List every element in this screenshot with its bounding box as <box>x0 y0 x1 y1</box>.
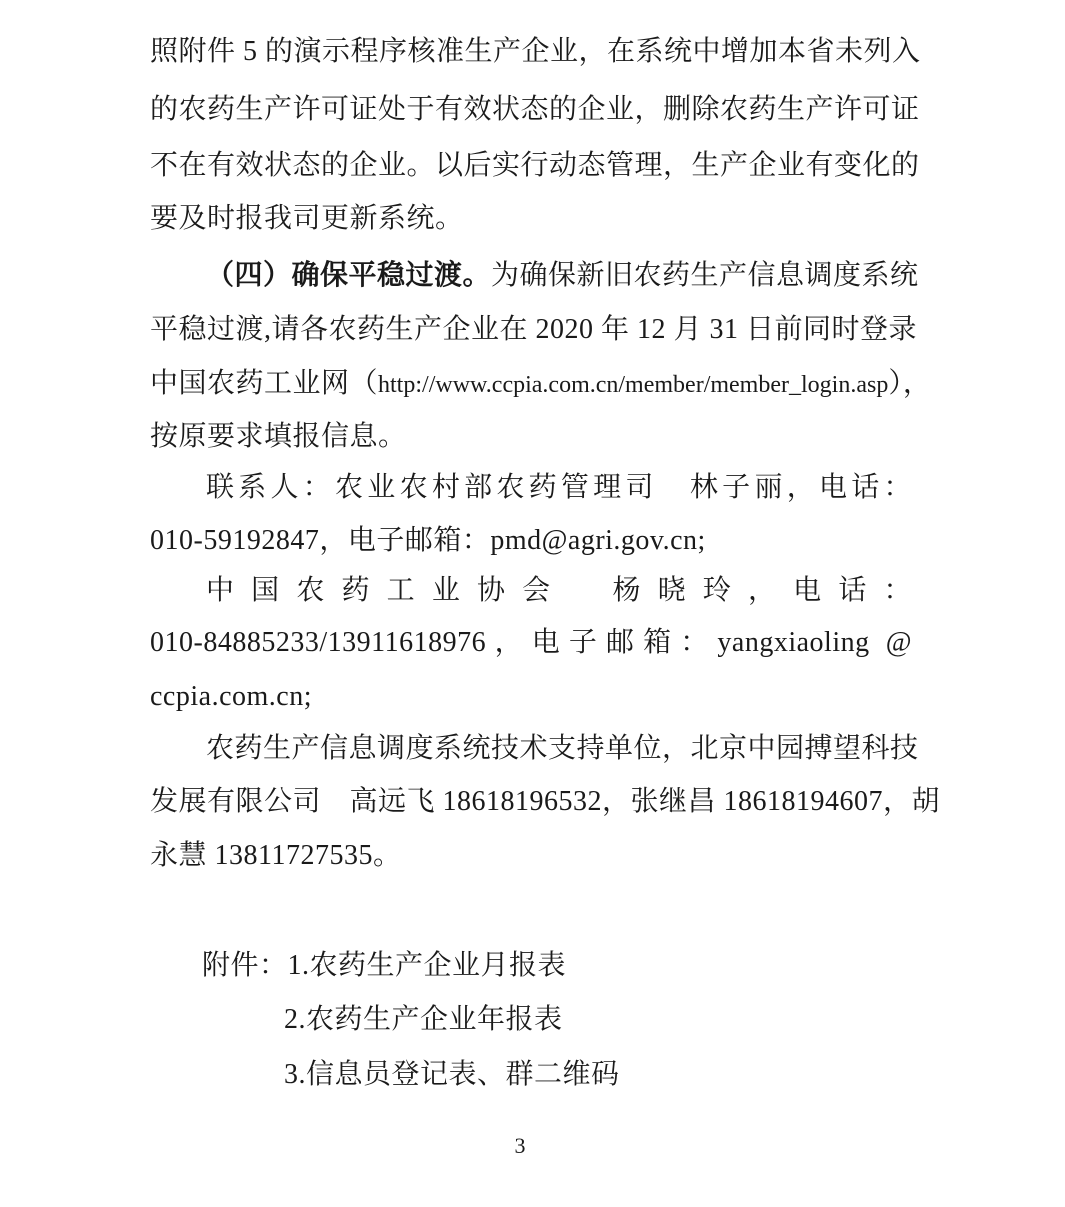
text-line: 发展有限公司 高远飞 18618196532，张继昌 18618194607，胡 <box>150 782 912 822</box>
section-heading: （四）确保平稳过渡。 <box>206 260 491 291</box>
attachment-item: 3.信息员登记表、群二维码 <box>150 1055 1046 1095</box>
text-line: ccpia.com.cn; <box>150 677 912 717</box>
text-line: （四）确保平稳过渡。为确保新旧农药生产信息调度系统 <box>150 256 912 296</box>
text-line: 010-84885233/13911618976，电子邮箱：yangxiaoli… <box>150 623 912 663</box>
text-line: 要及时报我司更新系统。 <box>150 199 912 239</box>
text-segment: ）， <box>888 368 931 399</box>
text-segment: 中国农药工业网（ <box>150 368 378 399</box>
text-segment: 为确保新旧农药生产信息调度系统 <box>491 260 919 291</box>
attachments-line: 附件：1.农药生产企业月报表 <box>150 946 912 986</box>
page-number: 3 <box>0 1132 1040 1160</box>
text-line: 中国农药工业协会 杨晓玲，电话： <box>150 571 912 611</box>
text-line: 农药生产信息调度系统技术支持单位，北京中园搏望科技 <box>150 729 912 769</box>
text-line: 永慧 13811727535。 <box>150 836 912 876</box>
member-login-url: http://www.ccpia.com.cn/member/member_lo… <box>378 372 888 398</box>
text-line: 010-59192847，电子邮箱：pmd@agri.gov.cn; <box>150 521 912 561</box>
attachment-item: 1.农药生产企业月报表 <box>288 950 567 981</box>
text-line: 按原要求填报信息。 <box>150 417 912 457</box>
text-line: 中国农药工业网（http://www.ccpia.com.cn/member/m… <box>150 364 912 404</box>
text-line: 照附件 5 的演示程序核准生产企业，在系统中增加本省未列入 <box>150 32 912 72</box>
text-line: 不在有效状态的企业。以后实行动态管理，生产企业有变化的 <box>150 146 912 186</box>
text-line: 平稳过渡,请各农药生产企业在 2020 年 12 月 31 日前同时登录 <box>150 310 912 350</box>
attachment-item: 2.农药生产企业年报表 <box>150 1000 1046 1040</box>
document-page: 照附件 5 的演示程序核准生产企业，在系统中增加本省未列入 的农药生产许可证处于… <box>0 0 1065 1207</box>
attachments-label: 附件： <box>202 950 288 981</box>
text-line: 联系人：农业农村部农药管理司 林子丽，电话： <box>150 468 912 508</box>
text-line: 的农药生产许可证处于有效状态的企业，删除农药生产许可证 <box>150 90 912 130</box>
